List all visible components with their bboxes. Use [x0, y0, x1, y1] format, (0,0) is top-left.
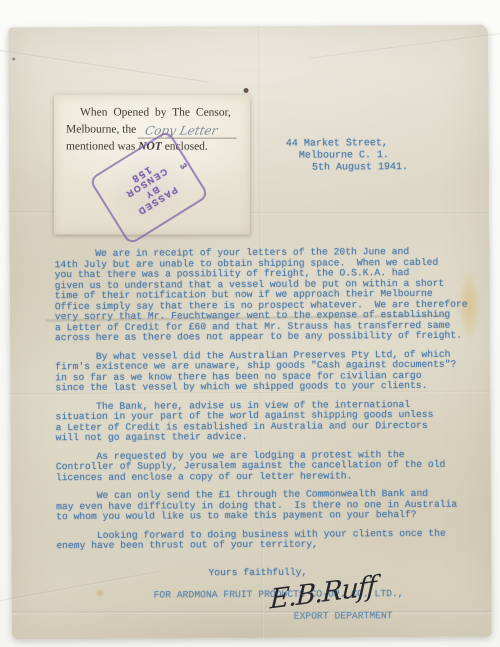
pin-hole-mark — [244, 88, 249, 93]
department-line: EXPORT DEPARTMENT — [294, 610, 393, 622]
letter-paragraph: The Bank, here, advise us in view of the… — [55, 399, 487, 444]
crease-mark — [0, 48, 207, 83]
censor-notice-line2: Melbourne, the Copy Letter — [66, 122, 238, 139]
stamp-digit: 3 — [178, 161, 190, 171]
letter-paragraph: As requested by you we are lodging a pro… — [56, 449, 488, 483]
censor-notice-line3-part1: mentioned was — [66, 141, 138, 153]
letter-sheet: When Opened by The Censor, Melbourne, th… — [8, 25, 492, 640]
crease-mark — [12, 611, 492, 614]
sender-address-block: 44 Market Street, Melbourne C. 1. 5th Au… — [286, 138, 408, 175]
letter-paragraph: Looking forward to doing business with y… — [56, 528, 488, 552]
letter-date: 5th August 1941. — [312, 162, 408, 175]
letter-paragraph: We can only send the £1 through the Comm… — [56, 489, 488, 523]
censor-notice-line1: When Opened by The Censor, — [66, 105, 238, 122]
letter-paragraph: We are in receipt of your letters of the… — [54, 247, 487, 344]
handwritten-note: Copy Letter — [138, 124, 240, 139]
letter-paragraph: By what vessel did the Australian Preser… — [55, 349, 487, 394]
crease-mark — [309, 32, 500, 60]
censor-notice-slip: When Opened by The Censor, Melbourne, th… — [54, 95, 250, 235]
crease-mark — [0, 571, 160, 605]
paper-stain — [96, 589, 105, 597]
closing-salutation: Yours faithfully, — [208, 567, 307, 579]
scanned-letter-page: When Opened by The Censor, Melbourne, th… — [0, 0, 500, 647]
paper-fleck — [12, 57, 15, 60]
censor-notice-line2-prefix: Melbourne, the — [66, 122, 136, 139]
address-street: 44 Market Street, — [286, 138, 408, 151]
letter-body: We are in receipt of your letters of the… — [54, 247, 488, 560]
